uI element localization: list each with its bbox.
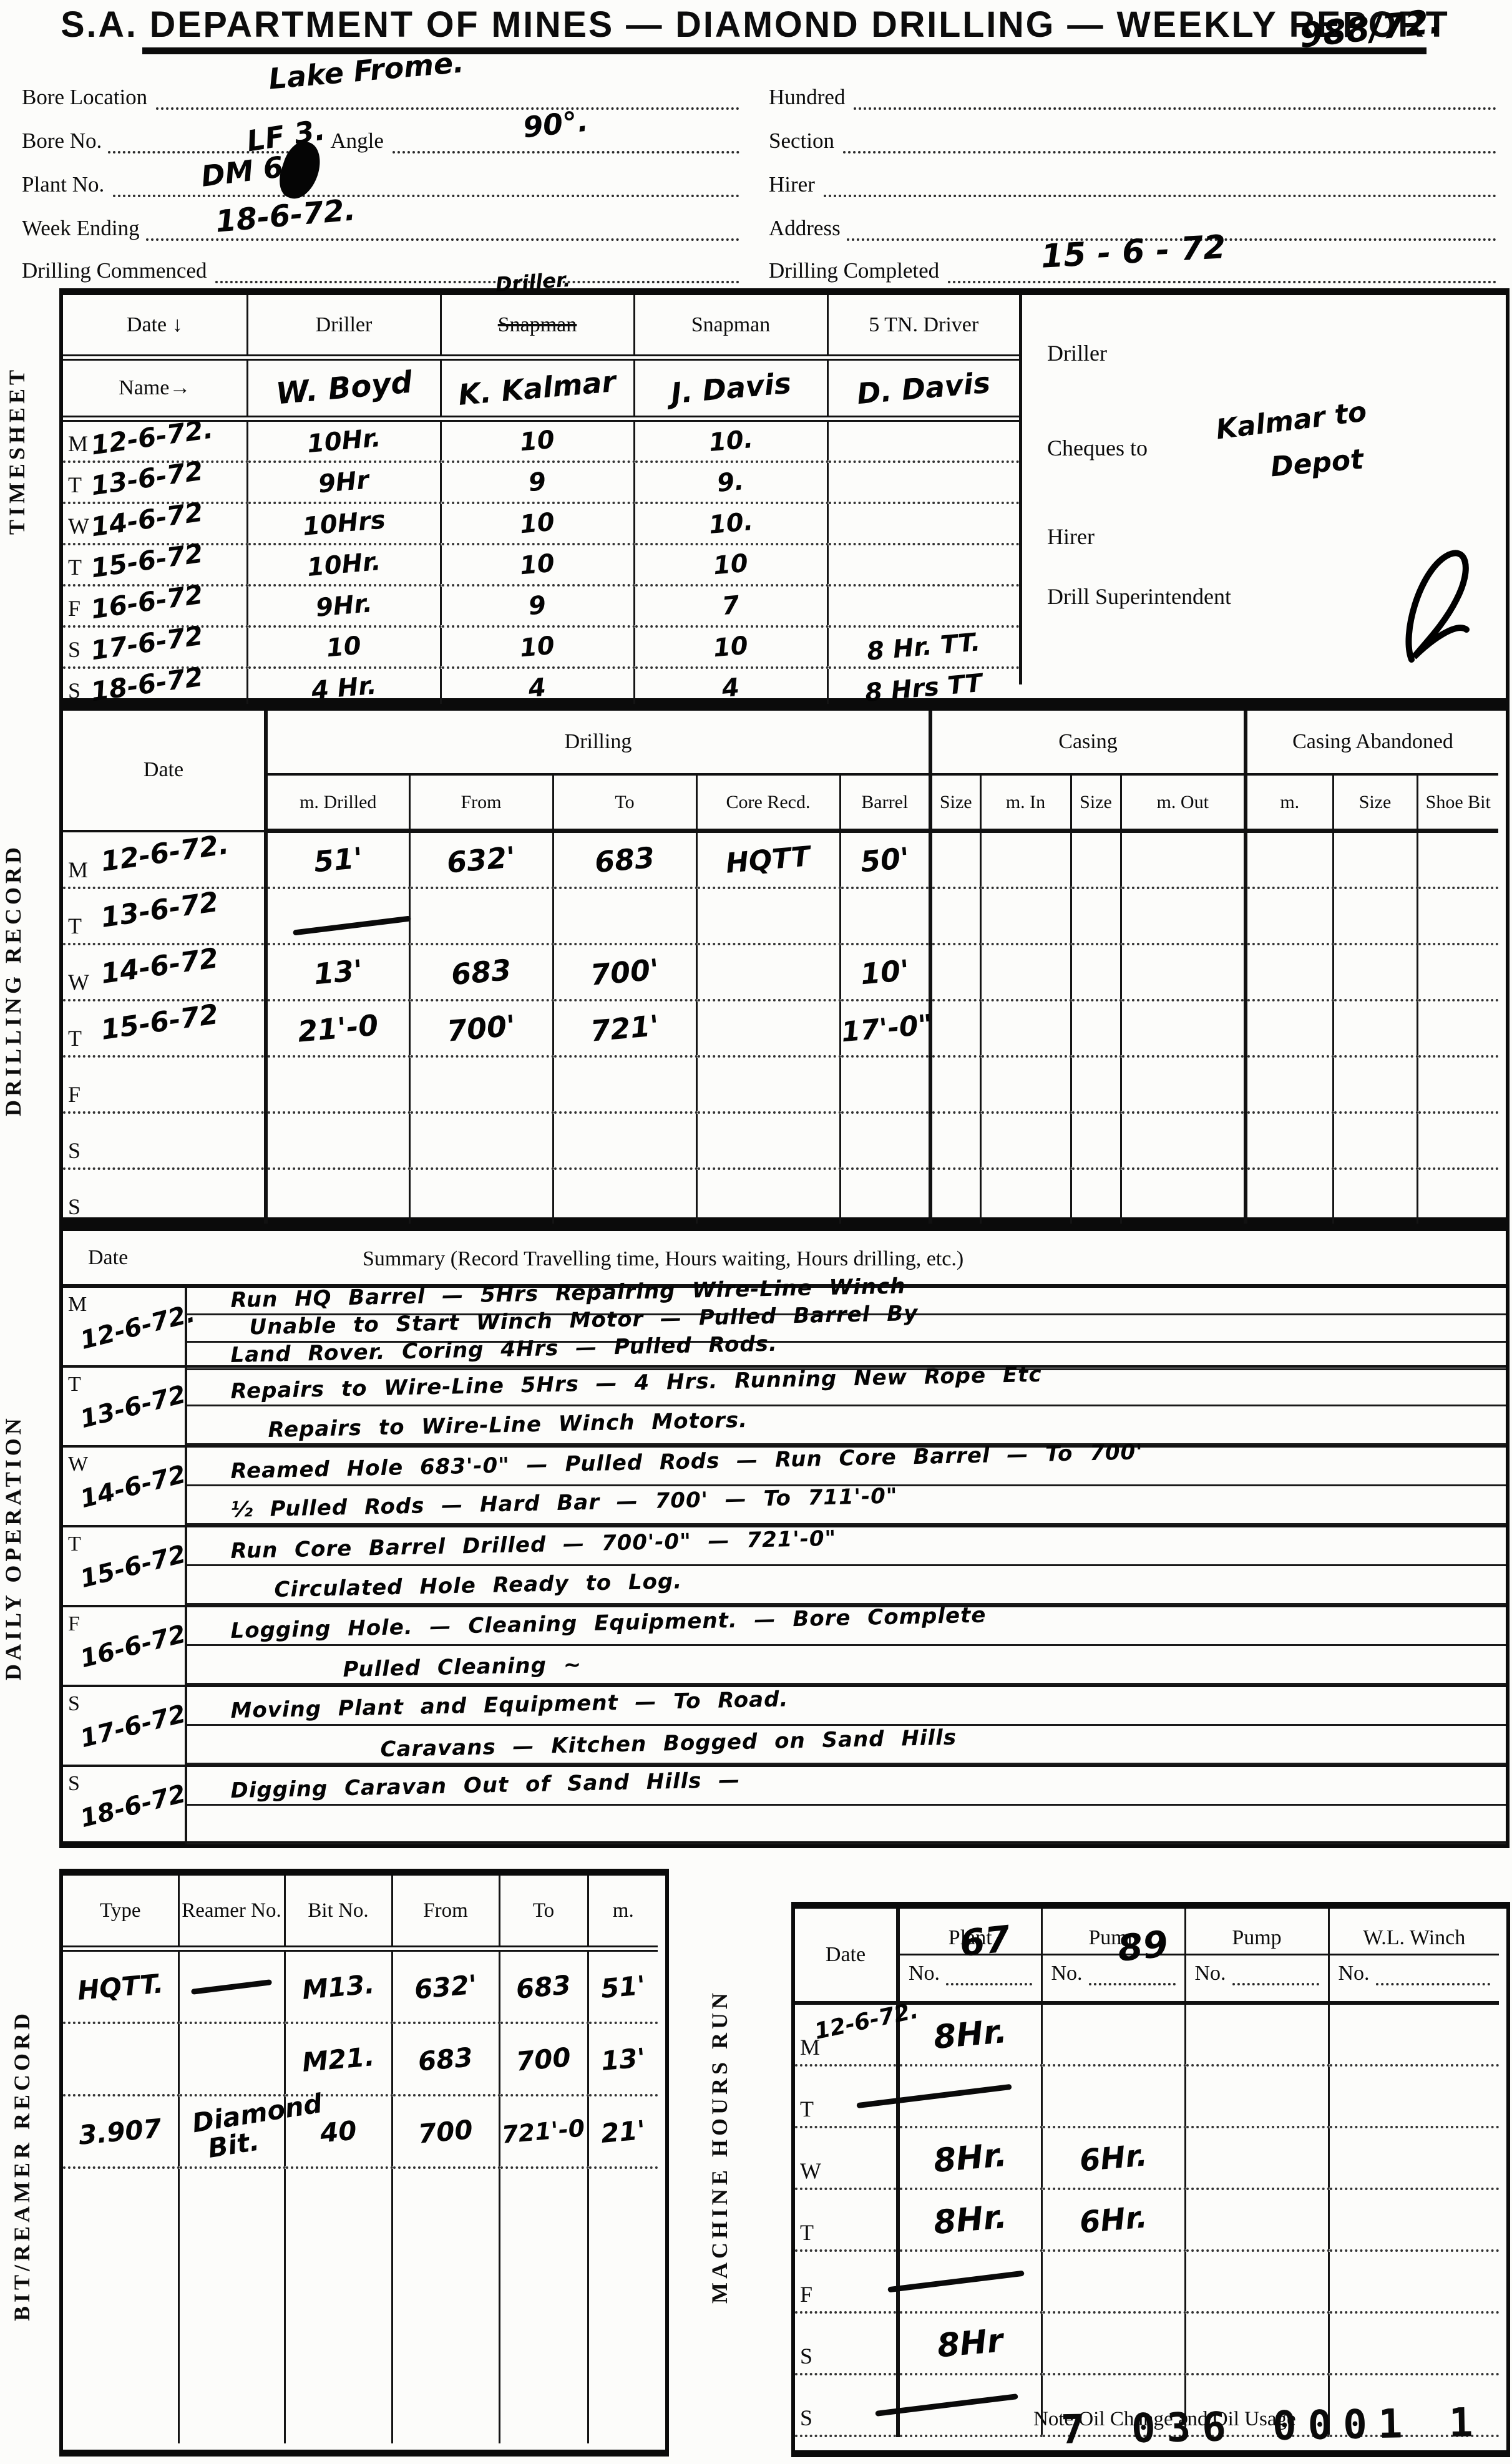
group-header-casing-abandoned: Casing Abandoned — [1246, 711, 1498, 774]
col-header-date: Date — [795, 1909, 898, 2003]
title-underline — [142, 47, 1427, 54]
name-row-label: Name→ — [63, 358, 247, 419]
col-header-date: Date — [88, 1246, 128, 1270]
cheques-to-label: Cheques to — [1047, 435, 1148, 461]
snapman2-name: J. Davis — [634, 358, 827, 419]
driller-name: W. Boyd — [247, 358, 441, 419]
page-title: S.A. DEPARTMENT OF MINES — DIAMOND DRILL… — [47, 4, 1462, 46]
field-section: Section — [769, 126, 1496, 153]
col-header-pump-2: Pump No. — [1185, 1909, 1329, 2003]
drilling-row: M12-6-72. 51' 632' 683 HQTT 50' — [63, 831, 1498, 889]
timesheet-row: T13-6-72 9Hr 9 9. — [63, 462, 1019, 503]
dotted-line — [156, 82, 739, 110]
col-header-date: Date ↓ — [63, 295, 247, 358]
cheques-to-value: Depot — [1269, 444, 1365, 484]
drilling-row: S — [63, 1169, 1498, 1224]
group-header-drilling: Drilling — [266, 711, 930, 774]
field-bore-location: Bore Location — [22, 82, 739, 110]
timesheet-signature-panel: Driller Cheques to Kalmar to Depot Hirer… — [1019, 295, 1498, 684]
timesheet-table: Date ↓ Driller Driller. Snapman Snapman … — [63, 295, 1019, 708]
drill-superintendent-label: Drill Superintendent — [1047, 583, 1231, 610]
drilling-row: W14-6-72 13' 683 700' 10' — [63, 944, 1498, 1000]
section-label-timesheet: TIMESHEET — [4, 344, 30, 557]
drilling-row: T13-6-72 — [63, 888, 1498, 944]
col-header-pump-1: Pump No. 89 — [1041, 1909, 1185, 2003]
handwritten-dash — [191, 1979, 272, 1995]
snapman1-name: K. Kalmar — [441, 358, 634, 419]
document-stamp-number: 7 036 0001 1 — [1060, 2400, 1485, 2453]
drilling-row: S — [63, 1113, 1498, 1169]
daily-operation-row: F16-6-72 Logging Hole. — Cleaning Equipm… — [63, 1607, 1506, 1687]
bit-reamer-row: 3.907 Diamond Bit. 40 700 721'-0 21' — [63, 2095, 658, 2168]
field-drilling-commenced: Drilling Commenced — [22, 256, 739, 283]
drilling-group-header-row: Date Drilling Casing Casing Abandoned — [63, 711, 1498, 774]
col-header-plant: Plant No. 67 — [898, 1909, 1041, 2003]
pump-no-value: 89 — [1115, 1922, 1169, 1970]
dotted-line — [215, 256, 739, 283]
drilling-row: F — [63, 1056, 1498, 1113]
daily-operation-row: M12-6-72. Run HQ Barrel — 5Hrs Repairing… — [63, 1288, 1506, 1368]
dotted-line — [854, 82, 1496, 110]
daily-operation-section: Date Summary (Record Travelling time, Ho… — [59, 1224, 1510, 1848]
section-label-daily-operation: DAILY OPERATION — [0, 1398, 26, 1697]
hirer-signature-label: Hirer — [1047, 523, 1095, 550]
machine-hours-row: S 8Hr — [795, 2312, 1499, 2374]
driver-name: D. Davis — [827, 358, 1019, 419]
dotted-line — [843, 126, 1496, 153]
dotted-line — [946, 1963, 1032, 1985]
handwritten-dash — [293, 915, 411, 935]
timesheet-row: W14-6-72 10Hrs 10 10. — [63, 503, 1019, 544]
machine-hours-row: F — [795, 2251, 1499, 2312]
machine-hours-table: Date Plant No. 67 Pump No. 89 Pump No. W… — [795, 1909, 1499, 2437]
daily-operation-row: S18-6-72 Digging Caravan Out of Sand Hil… — [63, 1767, 1506, 1844]
machine-hours-row: T — [795, 2065, 1499, 2127]
field-hundred: Hundred — [769, 82, 1496, 110]
col-header-driller: Driller — [247, 295, 441, 358]
handwritten-correction: Driller. — [494, 268, 571, 296]
bit-reamer-table: Type Reamer No. Bit No. From To m. HQTT.… — [63, 1876, 658, 2443]
superintendent-signature — [1394, 545, 1494, 670]
dotted-line — [1376, 1963, 1490, 1985]
driller-signature-label: Driller — [1047, 340, 1107, 366]
col-header-snapman: Snapman — [634, 295, 827, 358]
col-header-summary: Summary (Record Travelling time, Hours w… — [363, 1247, 963, 1271]
field-hirer: Hirer — [769, 170, 1496, 197]
machine-hours-header-row: Date Plant No. 67 Pump No. 89 Pump No. W… — [795, 1909, 1499, 2003]
col-header-date: Date — [63, 711, 266, 831]
field-plant-no: Plant No. — [22, 170, 739, 197]
weekly-report-form: S.A. DEPARTMENT OF MINES — DIAMOND DRILL… — [0, 0, 1512, 2464]
dotted-line — [1232, 1963, 1319, 1985]
timesheet-row: S18-6-72 4 Hr. 4 4 8 Hrs TT — [63, 668, 1019, 708]
timesheet-header-row: Date ↓ Driller Driller. Snapman Snapman … — [63, 295, 1019, 358]
machine-hours-row: T 8Hr. 6Hr. — [795, 2189, 1499, 2251]
machine-hours-section: Date Plant No. 67 Pump No. 89 Pump No. W… — [791, 1902, 1510, 2457]
daily-operation-row: T13-6-72 Repairs to Wire-Line 5Hrs — 4 H… — [63, 1368, 1506, 1448]
field-week-ending: Week Ending — [22, 213, 739, 241]
timesheet-row: F16-6-72 9Hr. 9 7 — [63, 585, 1019, 626]
bit-reamer-section: Type Reamer No. Bit No. From To m. HQTT.… — [59, 1869, 669, 2457]
drilling-record-section: Date Drilling Casing Casing Abandoned m.… — [59, 704, 1510, 1224]
field-label: Bore Location — [22, 85, 147, 110]
angle-value: 90°. — [521, 104, 590, 145]
bit-reamer-row: HQTT. M13. 632' 683 51' — [63, 1949, 658, 2023]
bit-reamer-row: M21. 683 700 13' — [63, 2023, 658, 2095]
timesheet-names-row: Name→ W. Boyd K. Kalmar J. Davis D. Davi… — [63, 358, 1019, 419]
col-header-driver: 5 TN. Driver — [827, 295, 1019, 358]
field-bore-no: Bore No. Angle — [22, 126, 739, 153]
section-label-machine-hours: MACHINE HOURS RUN — [706, 1959, 733, 2334]
machine-hours-row: M12-6-72. 8Hr. — [795, 2003, 1499, 2065]
section-label-bit-reamer: BIT/REAMER RECORD — [9, 1984, 35, 2346]
drilling-row: T15-6-72 21'-0 700' 721' 17'-0" — [63, 1000, 1498, 1056]
drilling-record-table: Date Drilling Casing Casing Abandoned m.… — [63, 711, 1498, 1224]
bit-reamer-header-row: Type Reamer No. Bit No. From To m. — [63, 1876, 658, 1949]
col-header-snapman-struck: Driller. Snapman — [441, 295, 634, 358]
timesheet-row: M12-6-72. 10Hr. 10 10. — [63, 419, 1019, 462]
timesheet-row: S17-6-72 10 10 10 8 Hr. TT. — [63, 626, 1019, 668]
handwritten-dash — [887, 2271, 1024, 2293]
timesheet-row: T15-6-72 10Hr. 10 10 — [63, 544, 1019, 585]
section-label-drilling-record: DRILLING RECORD — [0, 824, 26, 1136]
dotted-line — [824, 170, 1496, 197]
col-header-wl-winch: W.L. Winch No. — [1329, 1909, 1499, 2003]
cheques-to-value: Kalmar to — [1214, 396, 1368, 446]
daily-operation-row: T15-6-72 Run Core Barrel Drilled — 700'-… — [63, 1527, 1506, 1607]
drilling-sub-header-row: m. Drilled From To Core Recd. Barrel Siz… — [63, 774, 1498, 831]
plant-no-value: 67 — [958, 1917, 1012, 1965]
machine-hours-row: W 8Hr. 6Hr. — [795, 2127, 1499, 2189]
bit-reamer-empty-rows — [63, 2168, 658, 2443]
timesheet-section: Date ↓ Driller Driller. Snapman Snapman … — [59, 288, 1510, 705]
daily-operation-row: W14-6-72 Reamed Hole 683'-0" — Pulled Ro… — [63, 1448, 1506, 1527]
daily-operation-row: S17-6-72 Moving Plant and Equipment — To… — [63, 1687, 1506, 1767]
group-header-casing: Casing — [930, 711, 1246, 774]
